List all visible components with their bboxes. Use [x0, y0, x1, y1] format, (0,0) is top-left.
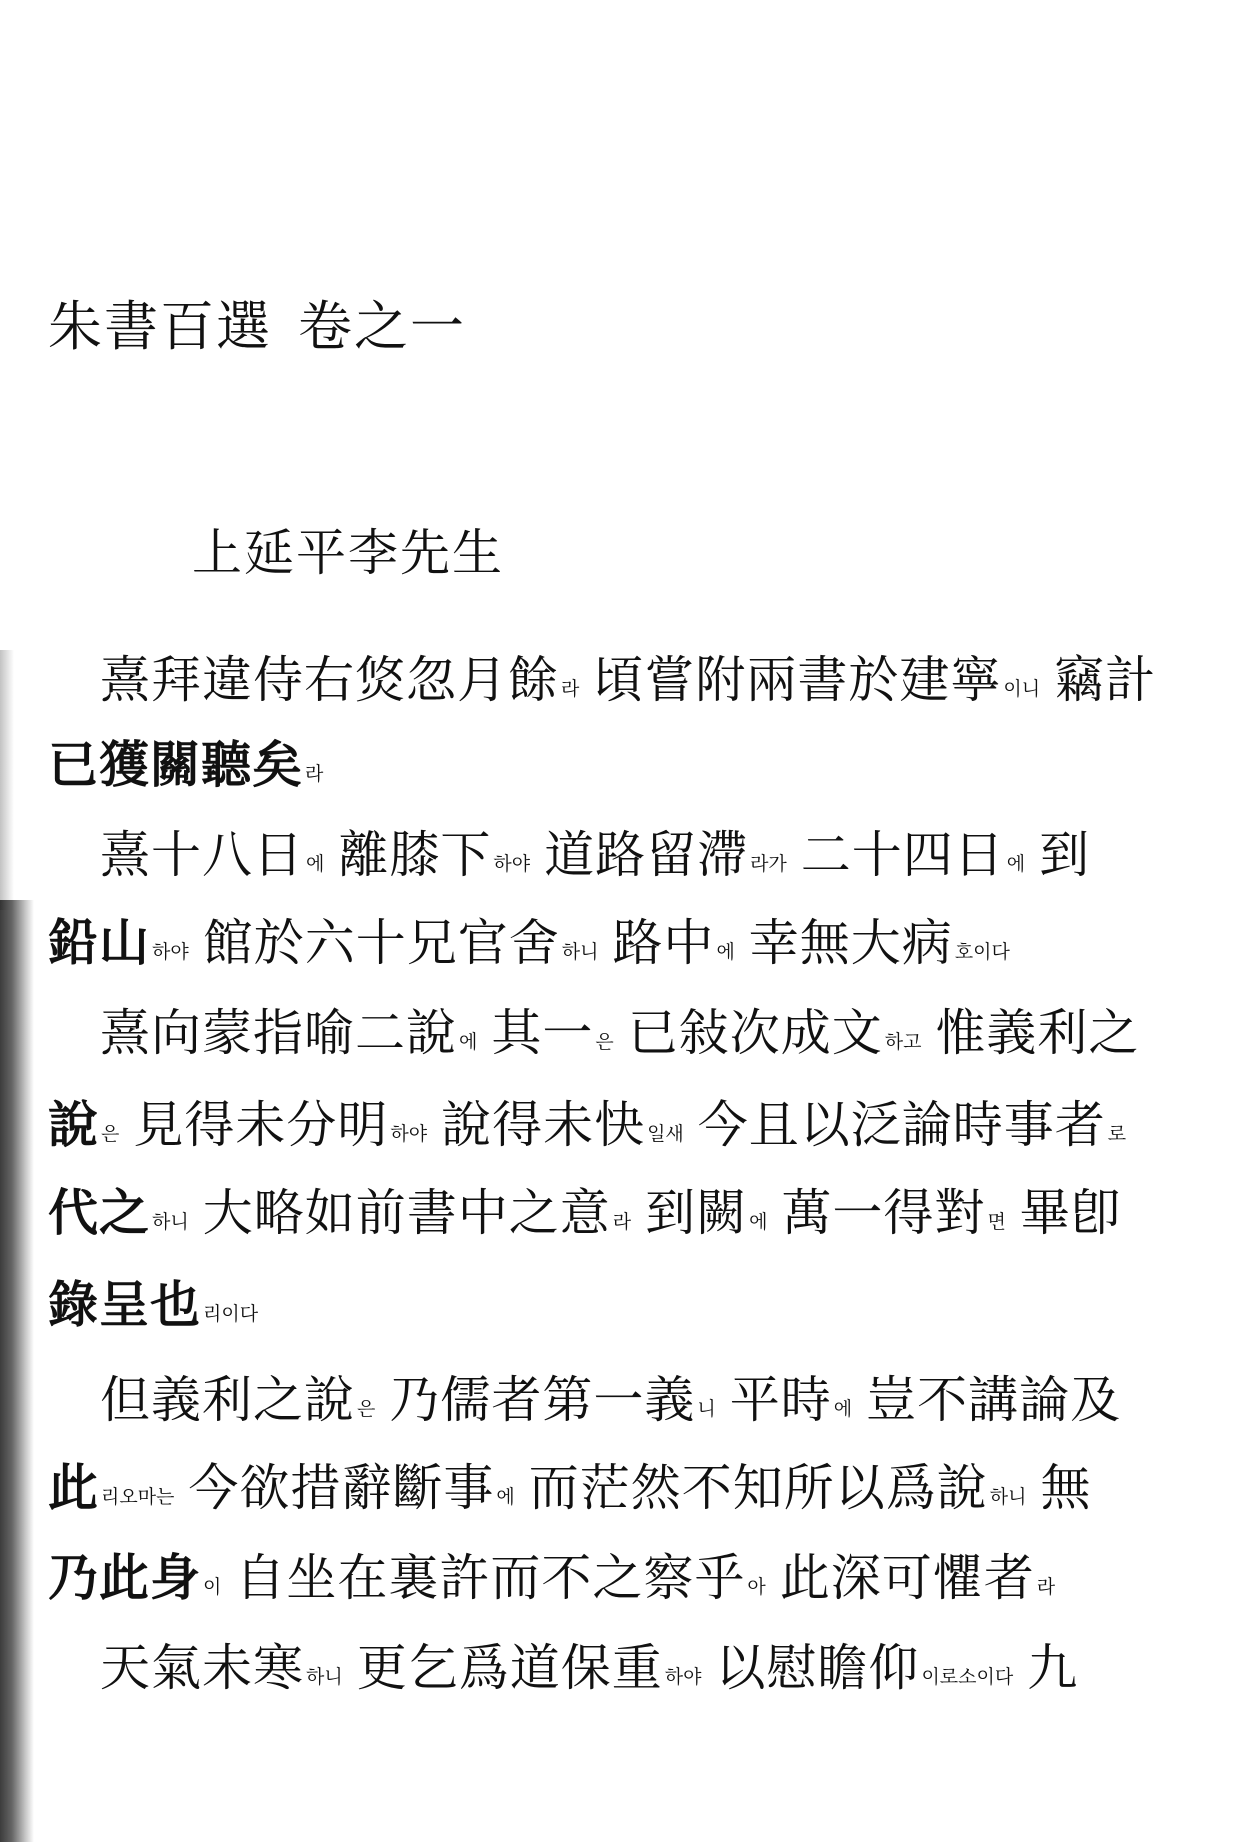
volume-number: 卷之一 — [298, 295, 466, 358]
text-segment: 更乞爲道保重 — [357, 1639, 663, 1697]
korean-particle: 하니 — [990, 1486, 1027, 1508]
korean-particle: 라 — [305, 763, 323, 785]
text-line-2: 已獲關聽矣라 — [48, 740, 323, 790]
text-segment: 大略如前書中之意 — [203, 1184, 611, 1242]
text-segment: 頃嘗附兩書於建寧 — [593, 651, 1001, 709]
text-segment: 熹拜違侍右焂忽月餘 — [100, 651, 559, 709]
text-segment: 說 — [48, 1095, 99, 1154]
korean-particle: 라 — [561, 678, 579, 700]
text-segment: 二十四日 — [801, 826, 1005, 884]
text-segment: 畢卽 — [1020, 1184, 1122, 1242]
text-line-5: 熹向蒙指喻二說에其一은已敍次成文하고惟義利之 — [100, 1008, 1139, 1058]
text-segment: 此 — [48, 1458, 99, 1517]
text-segment: 乃此身 — [48, 1548, 201, 1607]
text-segment: 以慰瞻仰 — [715, 1639, 919, 1697]
korean-particle: 하야 — [152, 941, 189, 963]
korean-particle: 하고 — [885, 1031, 922, 1053]
text-segment: 已獲關聽矣 — [48, 735, 303, 794]
korean-particle: 니 — [697, 1398, 715, 1420]
text-segment: 萬一得對 — [781, 1184, 985, 1242]
letter-title: 上延平李先生 — [192, 528, 504, 578]
text-segment: 天氣未寒 — [100, 1639, 304, 1697]
text-segment: 今且以泛論時事者 — [698, 1096, 1106, 1154]
korean-particle: 하니 — [562, 941, 599, 963]
text-segment: 惟義利之 — [935, 1004, 1139, 1062]
scan-shadow-edge — [0, 650, 14, 910]
korean-particle: 에 — [716, 941, 734, 963]
text-segment: 幸無大病 — [749, 914, 953, 972]
text-segment: 鉛山 — [48, 913, 150, 972]
text-segment: 路中 — [612, 914, 714, 972]
korean-particle: 하야 — [390, 1123, 427, 1145]
korean-particle: 은 — [357, 1398, 375, 1420]
korean-particle: 에 — [834, 1398, 852, 1420]
korean-particle: 면 — [987, 1211, 1005, 1233]
korean-particle: 호이다 — [955, 941, 1010, 963]
text-segment: 見得未分明 — [133, 1096, 388, 1154]
scan-shadow-edge — [0, 900, 34, 1842]
text-segment: 今欲措辭斷事 — [188, 1459, 494, 1517]
text-segment: 豈不講論及 — [866, 1371, 1121, 1429]
text-segment: 館於六十兄官舍 — [203, 914, 560, 972]
text-segment: 代之 — [48, 1183, 150, 1242]
text-line-12: 天氣未寒하니更乞爲道保重하야以慰瞻仰이로소이다九 — [100, 1643, 1078, 1693]
text-segment: 已敍次成文 — [628, 1004, 883, 1062]
korean-particle: 아 — [747, 1576, 765, 1598]
korean-particle: 에 — [1007, 853, 1025, 875]
korean-particle: 에 — [459, 1031, 477, 1053]
text-segment: 離膝下 — [338, 826, 491, 884]
text-segment: 錄呈也 — [48, 1275, 201, 1334]
korean-particle: 에 — [306, 853, 324, 875]
text-segment: 到闕 — [645, 1184, 747, 1242]
korean-particle: 하니 — [152, 1211, 189, 1233]
korean-particle: 라가 — [750, 853, 787, 875]
korean-particle: 하니 — [306, 1666, 343, 1688]
text-segment: 自坐在裏許而不之察乎 — [235, 1549, 745, 1607]
korean-particle: 은 — [595, 1031, 613, 1053]
text-line-6: 說은見得未分明하야說得未快일새今且以泛論時事者로 — [48, 1100, 1126, 1150]
text-line-3: 熹十八日에離膝下하야道路留滯라가二十四日에到 — [100, 830, 1090, 880]
text-segment: 熹向蒙指喻二說 — [100, 1004, 457, 1062]
korean-particle: 하야 — [493, 853, 530, 875]
text-segment: 乃儒者第一義 — [389, 1371, 695, 1429]
korean-particle: 라 — [1037, 1576, 1055, 1598]
korean-particle: 이니 — [1003, 678, 1040, 700]
korean-particle: 라 — [613, 1211, 631, 1233]
text-line-8: 錄呈也리이다 — [48, 1280, 258, 1330]
text-segment: 道路留滯 — [544, 826, 748, 884]
text-line-7: 代之하니大略如前書中之意라到闕에萬一得對면畢卽 — [48, 1188, 1122, 1238]
text-segment: 其一 — [491, 1004, 593, 1062]
text-line-11: 乃此身이自坐在裏許而不之察乎아此深可懼者라 — [48, 1553, 1055, 1603]
text-line-4: 鉛山하야館於六十兄官舍하니路中에幸無大病호이다 — [48, 918, 1010, 968]
text-segment: 熹十八日 — [100, 826, 304, 884]
text-segment: 說得未快 — [441, 1096, 645, 1154]
text-segment: 到 — [1039, 826, 1090, 884]
korean-particle: 일새 — [647, 1123, 684, 1145]
text-line-10: 此리오마는今欲措辭斷事에而茫然不知所以爲說하니無 — [48, 1463, 1092, 1513]
korean-particle: 리오마는 — [101, 1486, 174, 1508]
text-segment: 此深可懼者 — [780, 1549, 1035, 1607]
book-title: 朱書百選 — [48, 295, 272, 358]
text-segment: 九 — [1027, 1639, 1078, 1697]
korean-particle: 이 — [203, 1576, 221, 1598]
korean-particle: 에 — [496, 1486, 514, 1508]
korean-particle: 리이다 — [203, 1303, 258, 1325]
text-segment: 平時 — [730, 1371, 832, 1429]
korean-particle: 은 — [101, 1123, 119, 1145]
korean-particle: 하야 — [665, 1666, 702, 1688]
korean-particle: 이로소이다 — [921, 1666, 1013, 1688]
text-line-9: 但義利之說은乃儒者第一義니平時에豈不講論及 — [100, 1375, 1121, 1425]
text-segment: 但義利之說 — [100, 1371, 355, 1429]
korean-particle: 에 — [749, 1211, 767, 1233]
volume-title: 朱書百選卷之一 — [48, 300, 466, 354]
text-segment: 無 — [1041, 1459, 1092, 1517]
text-line-1: 熹拜違侍右焂忽月餘라頃嘗附兩書於建寧이니竊計 — [100, 655, 1156, 705]
text-segment: 竊計 — [1054, 651, 1156, 709]
text-segment: 而茫然不知所以爲說 — [529, 1459, 988, 1517]
korean-particle: 로 — [1108, 1123, 1126, 1145]
